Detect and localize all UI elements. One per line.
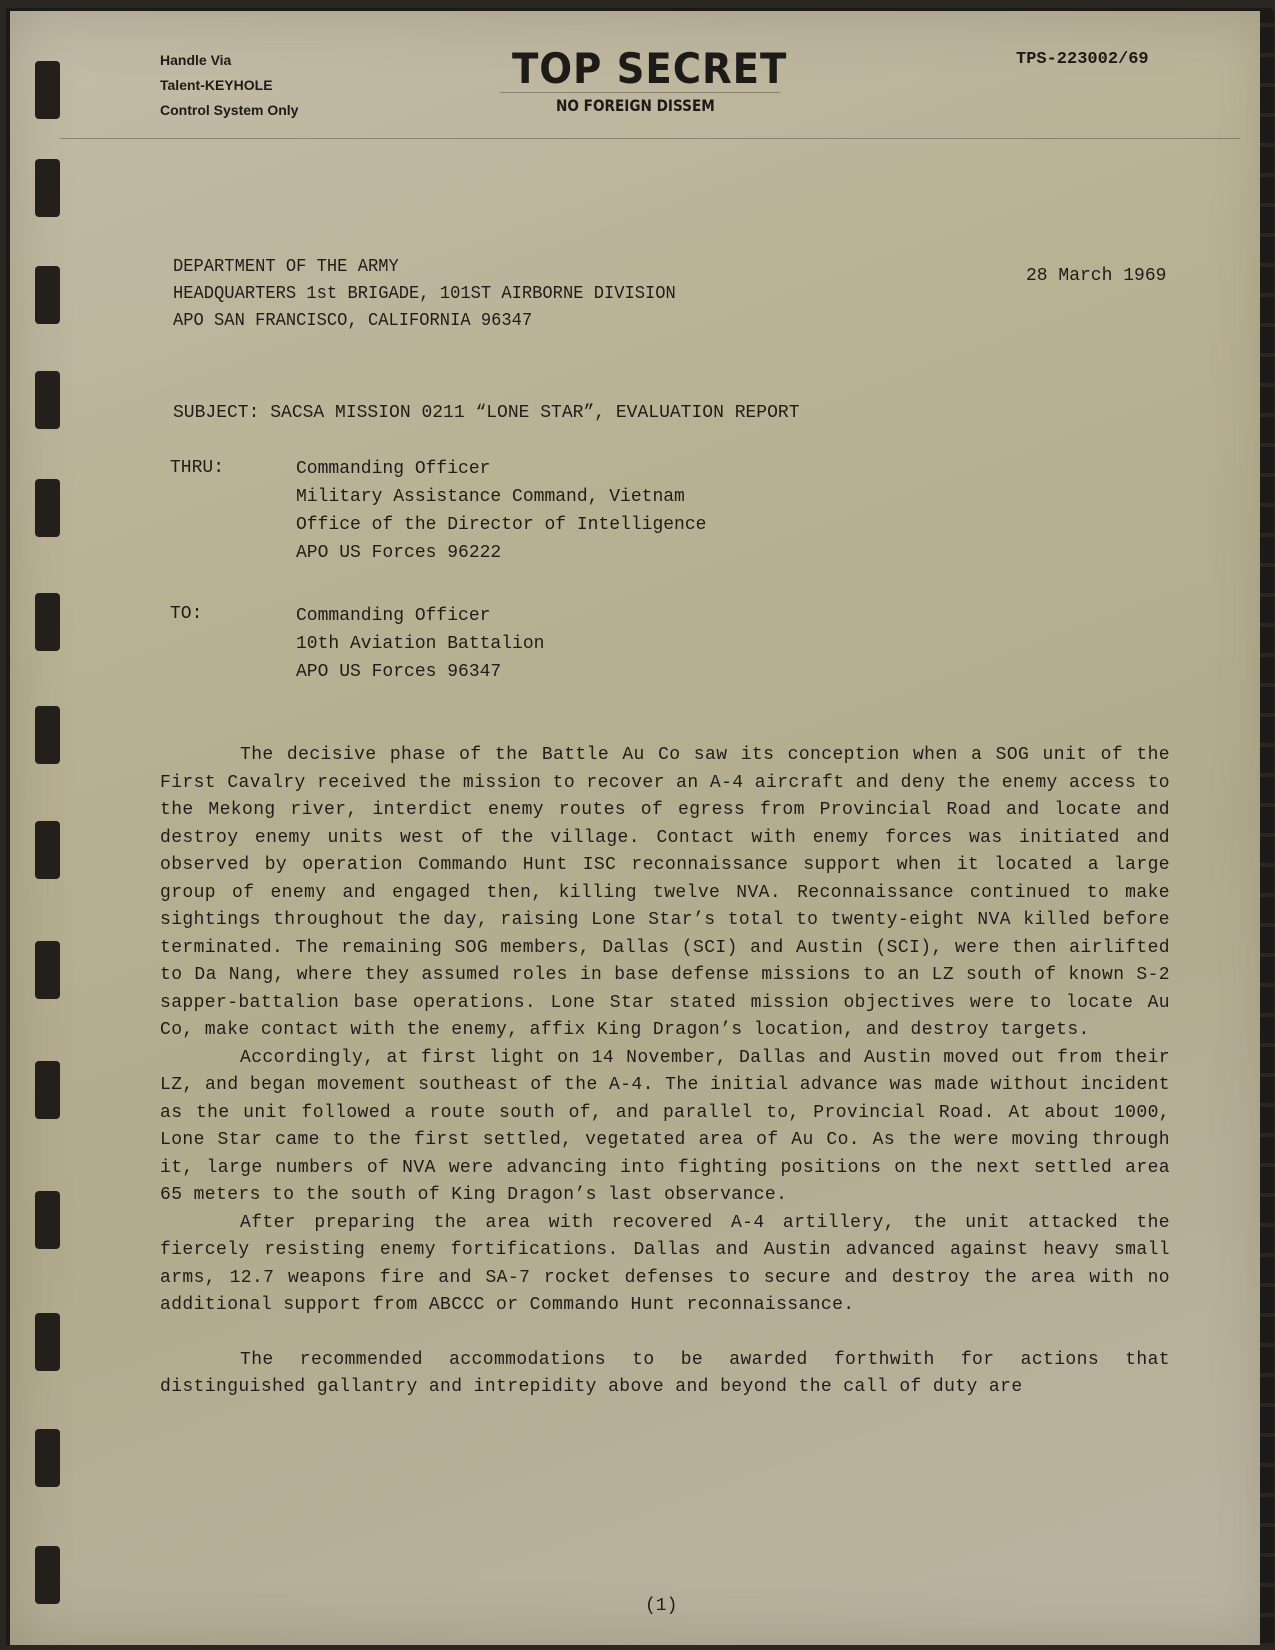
report-body: The decisive phase of the Battle Au Co s… <box>160 742 1170 1402</box>
punch-hole <box>35 266 60 324</box>
to-label: TO: <box>170 604 202 624</box>
thru-line: Commanding Officer <box>296 455 706 483</box>
punch-hole <box>35 1429 60 1487</box>
punch-hole <box>35 61 60 119</box>
handling-line: Handle Via <box>160 48 298 73</box>
punch-hole <box>35 1191 60 1249</box>
handling-line: Talent-KEYHOLE <box>160 73 298 98</box>
body-paragraph: Accordingly, at first light on 14 Novemb… <box>160 1045 1170 1210</box>
body-paragraph: The recommended accommodations to be awa… <box>160 1347 1170 1402</box>
body-paragraph: After preparing the area with recovered … <box>160 1210 1170 1320</box>
to-line: 10th Aviation Battalion <box>296 630 544 658</box>
thru-line: APO US Forces 96222 <box>296 539 706 567</box>
to-line: Commanding Officer <box>296 602 544 630</box>
punch-hole <box>35 593 60 651</box>
document-date: 28 March 1969 <box>1026 266 1166 286</box>
page-number: (1) <box>645 1596 677 1616</box>
handling-line: Control System Only <box>160 98 298 123</box>
letterhead-headquarters: HEADQUARTERS 1st BRIGADE, 101ST AIRBORNE… <box>173 281 676 308</box>
to-address: Commanding Officer 10th Aviation Battali… <box>296 602 544 686</box>
punch-hole <box>35 1546 60 1604</box>
letterhead-department: DEPARTMENT OF THE ARMY <box>173 254 676 281</box>
punch-hole <box>35 941 60 999</box>
subject-line: SUBJECT: SACSA MISSION 0211 “LONE STAR”,… <box>173 403 800 423</box>
divider-line <box>60 138 1240 139</box>
control-number: TPS-223002/69 <box>1016 50 1149 69</box>
divider-line <box>500 92 780 93</box>
letterhead: DEPARTMENT OF THE ARMY HEADQUARTERS 1st … <box>173 254 702 335</box>
thru-line: Military Assistance Command, Vietnam <box>296 483 706 511</box>
thru-line: Office of the Director of Intelligence <box>296 511 706 539</box>
classification-title: TOP SECRET <box>512 44 787 93</box>
punch-hole <box>35 479 60 537</box>
punch-hole <box>35 159 60 217</box>
handling-caveat: Handle Via Talent-KEYHOLE Control System… <box>160 48 298 123</box>
thru-label: THRU: <box>170 458 224 478</box>
thru-address: Commanding Officer Military Assistance C… <box>296 455 706 567</box>
body-paragraph: The decisive phase of the Battle Au Co s… <box>160 742 1170 1045</box>
punch-hole <box>35 706 60 764</box>
to-line: APO US Forces 96347 <box>296 658 544 686</box>
punch-hole <box>35 1061 60 1119</box>
classification-caveat: NO FOREIGN DISSEM <box>556 96 715 115</box>
punch-hole <box>35 1313 60 1371</box>
letterhead-address: APO SAN FRANCISCO, CALIFORNIA 96347 <box>173 308 676 335</box>
punch-hole <box>35 371 60 429</box>
punch-hole <box>35 821 60 879</box>
